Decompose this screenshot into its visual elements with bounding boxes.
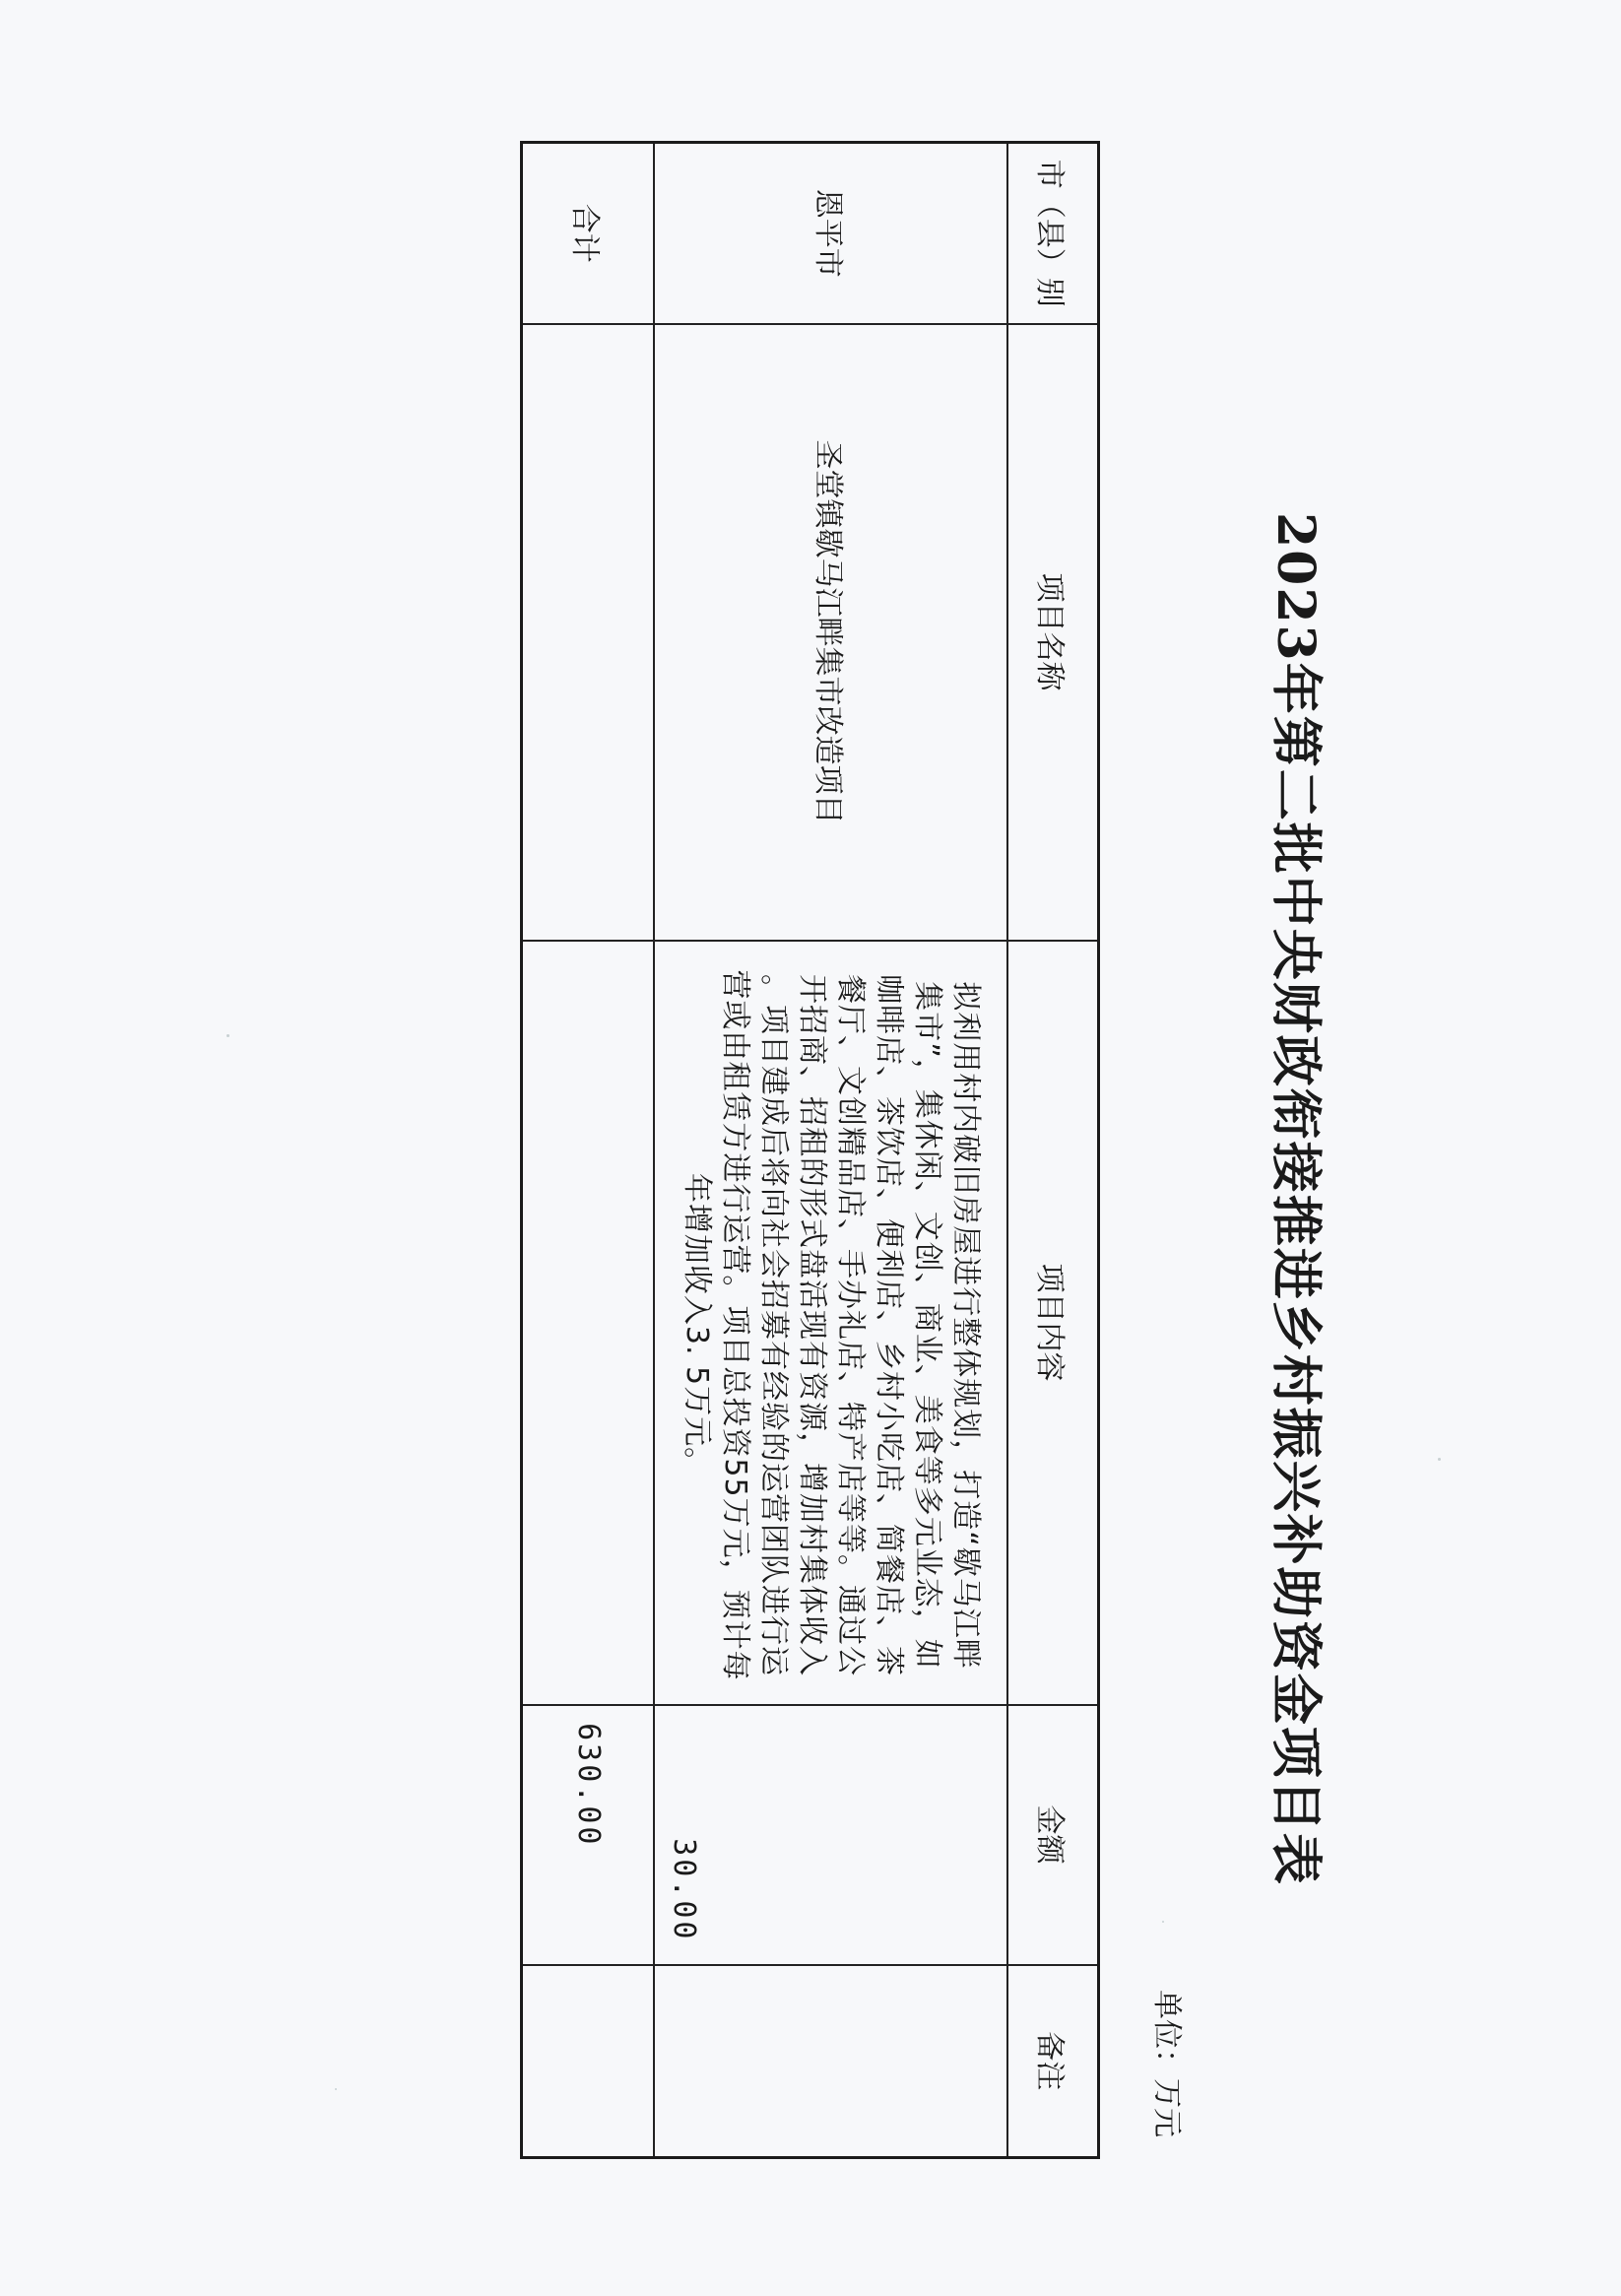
content-line: 餐厅、文创精品店、手办礼店、特产店等等。通过公	[833, 974, 868, 1676]
content-line: 拟利用村内破旧房屋进行整体规划，打造“歇马江畔	[948, 981, 983, 1670]
content-line: 集市”，集休闲、文创、商业、美食等多元业态，如	[910, 981, 944, 1670]
cell-amount: 30.00	[655, 1705, 1008, 1965]
total-empty-content	[522, 941, 655, 1705]
unit-label: 单位：万元	[1148, 1990, 1192, 2137]
scan-speck	[227, 1034, 229, 1037]
scan-speck	[1438, 1458, 1441, 1461]
cell-project-content: 拟利用村内破旧房屋进行整体规划，打造“歇马江畔 集市”，集休闲、文创、商业、美食…	[655, 941, 1008, 1705]
scan-speck	[335, 2088, 337, 2090]
total-label: 合计	[522, 143, 655, 324]
header-region: 市（县）别	[1008, 143, 1099, 324]
cell-remarks	[655, 1965, 1008, 2158]
table-header-row: 市（县）别 项目名称 项目内容 金额 备注	[1008, 143, 1099, 2158]
content-line: 咖啡店、茶饮店、便利店、乡村小吃店、简餐店、茶	[872, 974, 906, 1676]
total-remarks	[522, 1965, 655, 2158]
total-amount: 630.00	[522, 1705, 655, 1965]
document-title: 2023年第二批中央财政衔接推进乡村振兴补助资金项目表	[1264, 512, 1337, 1793]
rotated-page: 2023年第二批中央财政衔接推进乡村振兴补助资金项目表 单位：万元 市（县）别 …	[0, 0, 1621, 2296]
table-row: 恩平市 圣堂镇歇马江畔集市改造项目 拟利用村内破旧房屋进行整体规划，打造“歇马江…	[655, 143, 1008, 2158]
cell-project-name: 圣堂镇歇马江畔集市改造项目	[655, 324, 1008, 941]
content-line: 营或由租赁方进行运营。项目总投资55万元，预计每	[718, 969, 752, 1680]
content-line: 年增加收入3. 5万元。	[678, 953, 716, 1698]
project-table: 市（县）别 项目名称 项目内容 金额 备注 恩平市 圣堂镇歇马江畔集市改造项目 …	[520, 141, 1100, 2159]
total-row: 合计 630.00	[522, 143, 655, 2158]
content-line: 开招商、招租的形式盘活现有资源，增加村集体收入	[795, 974, 829, 1676]
header-remarks: 备注	[1008, 1965, 1099, 2158]
total-empty-name	[522, 324, 655, 941]
content-line: 。项目建成后将向社会招募有经验的运营团队进行运	[756, 974, 791, 1676]
header-project-content: 项目内容	[1008, 941, 1099, 1705]
scan-speck	[1162, 1921, 1164, 1923]
cell-region: 恩平市	[655, 143, 1008, 324]
header-project-name: 项目名称	[1008, 324, 1099, 941]
header-amount: 金额	[1008, 1705, 1099, 1965]
